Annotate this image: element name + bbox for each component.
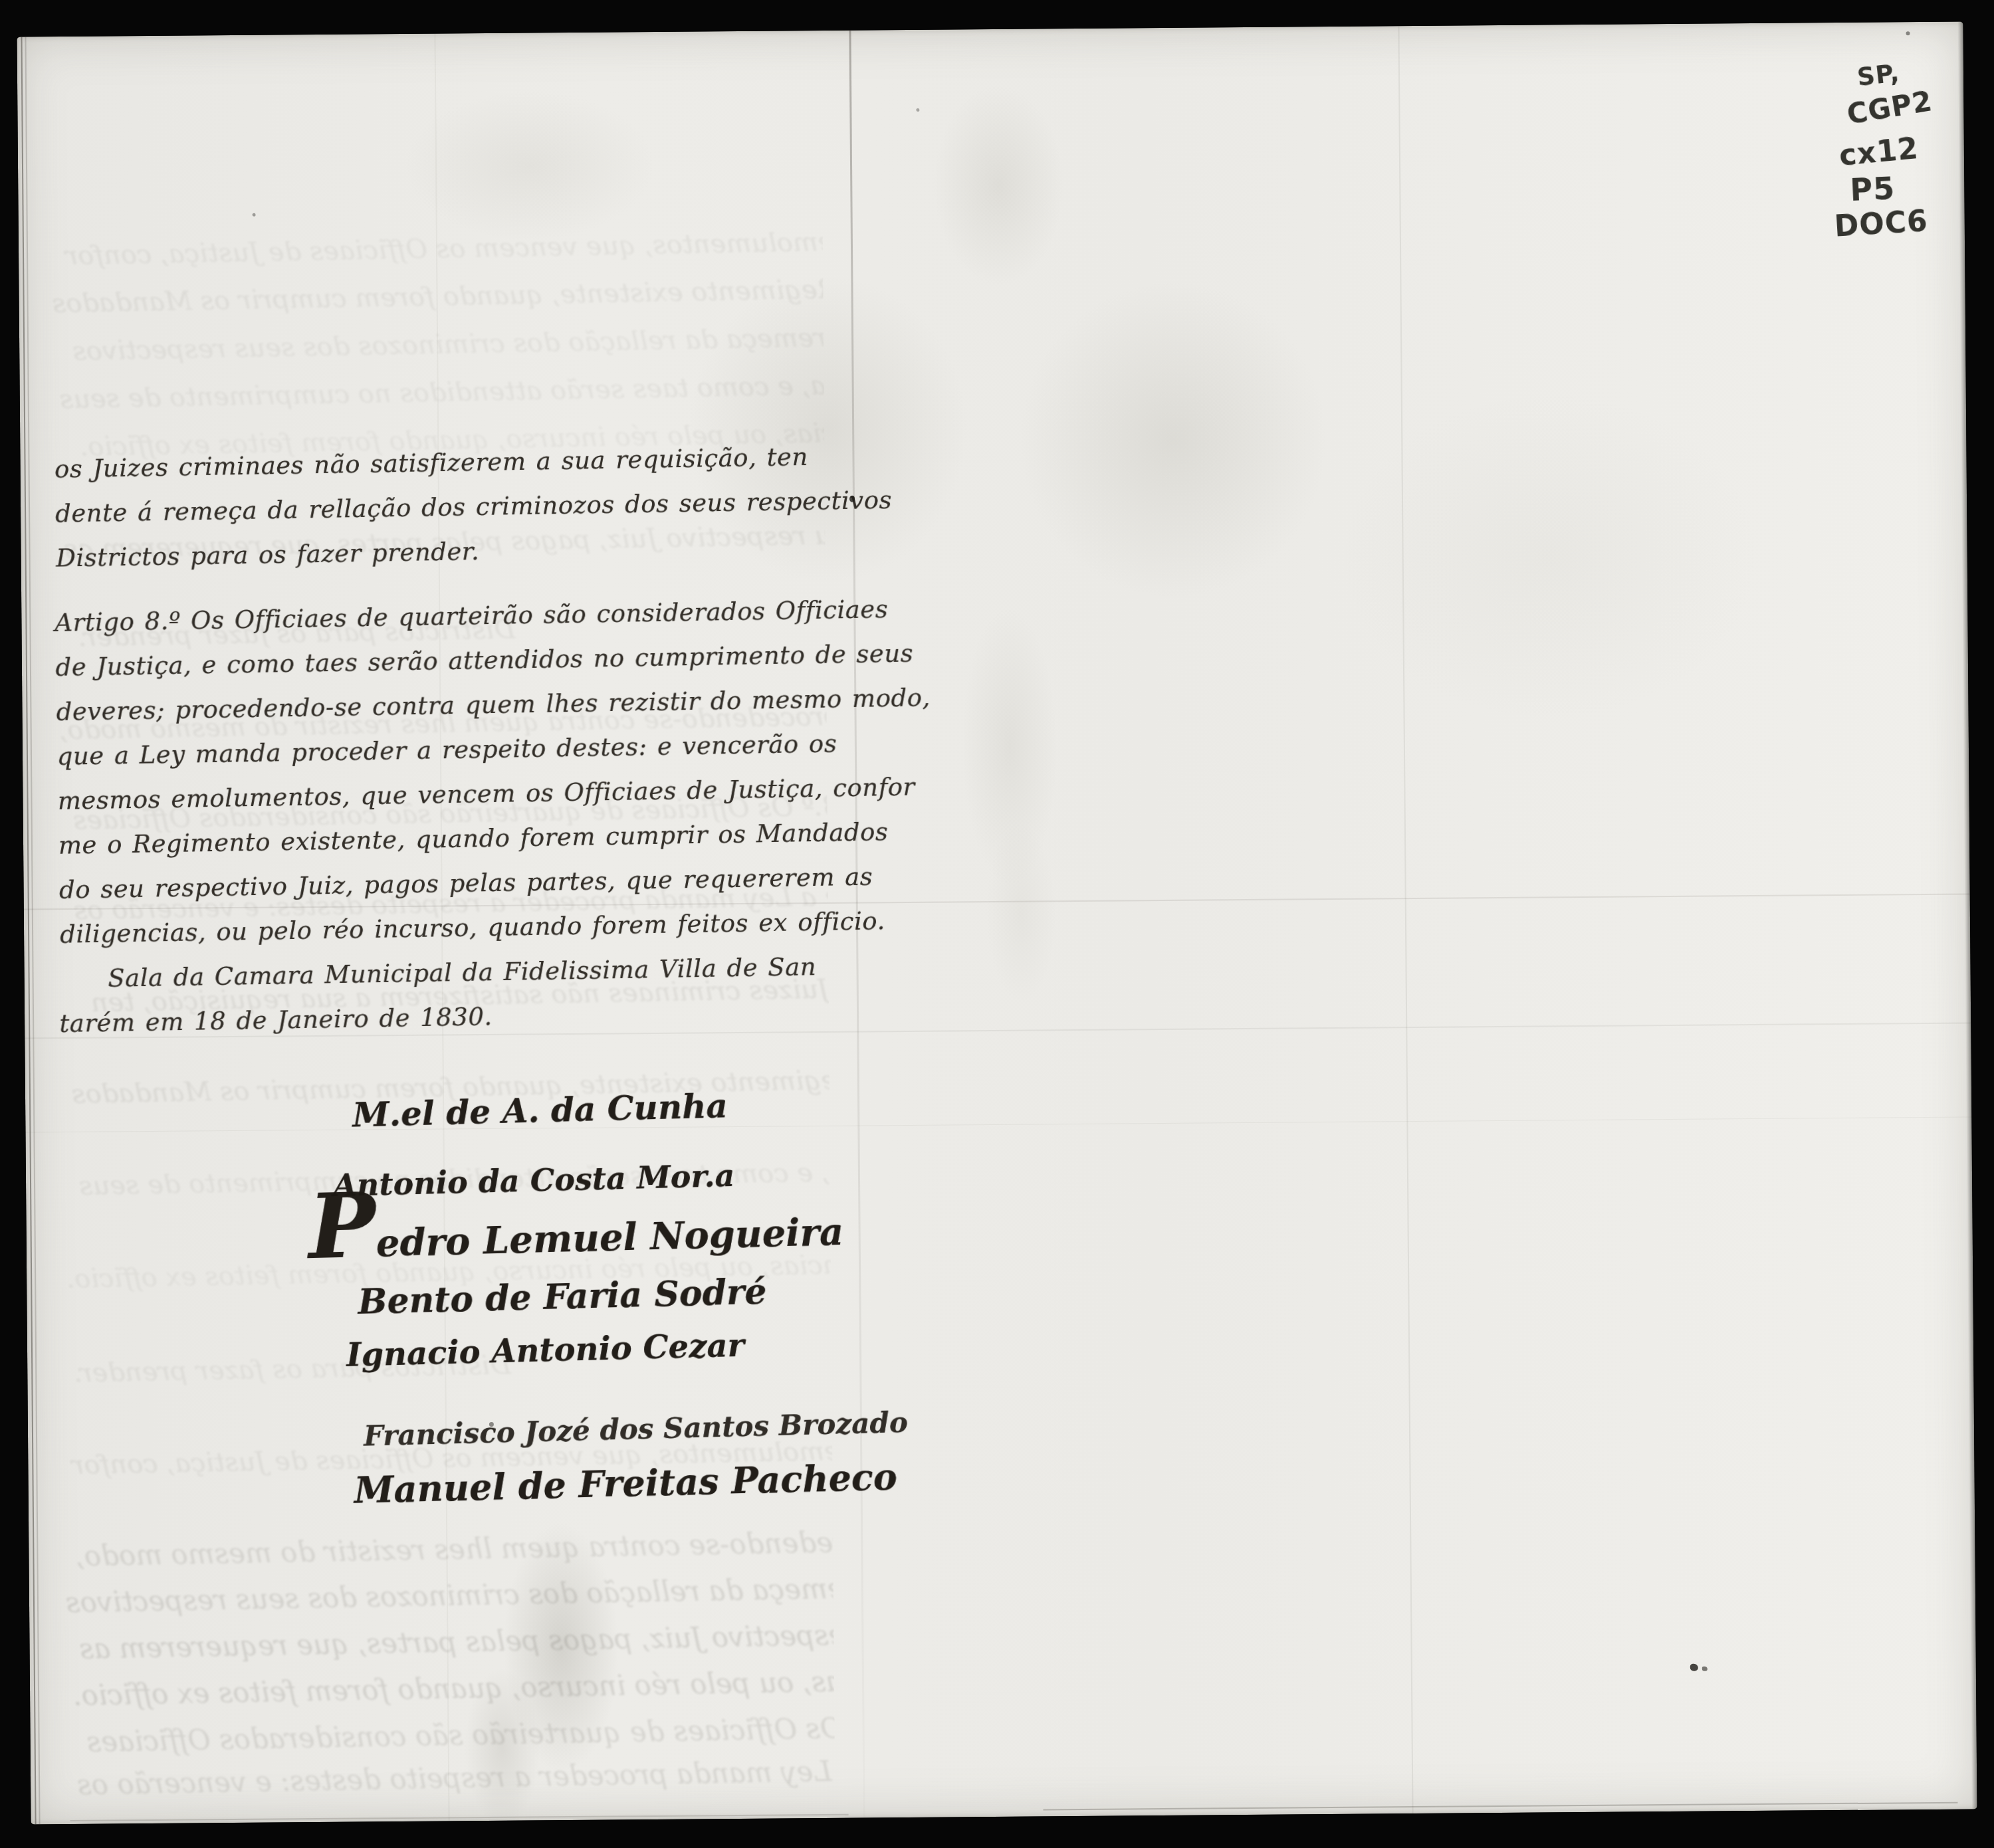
- sheet-stack-edge: [21, 37, 36, 1824]
- sheet-stack-edge: [1043, 1802, 1957, 1811]
- sheet-stack-edge: [25, 37, 40, 1824]
- archival-mark: SP,: [1856, 58, 1901, 92]
- paper-right-edge-shadow: [1957, 22, 1977, 1809]
- signature: Francisco Jozé dos Santos Brozado: [363, 1406, 908, 1453]
- sheet-stack-edge: [70, 1814, 848, 1821]
- ghost-line: diligencias, ou pelo réo incurso, quando…: [73, 1663, 835, 1712]
- right-page-fold-crease: [1398, 26, 1413, 1813]
- signature: Bento de Faria Sodré: [358, 1271, 767, 1322]
- ink-speck: [1690, 1664, 1698, 1671]
- ghost-line: mesmos emolumentos, que vencem os Offici…: [65, 225, 835, 271]
- ghost-line: dente á remeça da rellação dos criminozo…: [66, 1570, 835, 1619]
- ink-speck: [916, 108, 919, 112]
- ink-speck: [1906, 31, 1910, 35]
- body-paragraph-1: os Juizes criminaes não satisfizerem a s…: [54, 433, 893, 581]
- scanner-background: mesmos emolumentos, que vencem os Offici…: [0, 0, 1994, 1848]
- archival-mark: cx12: [1838, 132, 1920, 173]
- dateline: Sala da Camara Municipal da Fidelissima …: [58, 944, 818, 1046]
- ink-speck: [253, 213, 256, 217]
- signature: Manuel de Freitas Pacheco: [354, 1455, 898, 1512]
- ghost-line: do seu respectivo Juiz, pagos pelas part…: [79, 1617, 835, 1665]
- ghost-line: Artigo 8.º Os Officiaes de quarteirão sã…: [86, 1709, 835, 1758]
- body-paragraph-2: Artigo 8.º Os Officiaes de quarteirão sã…: [55, 586, 935, 957]
- archival-mark: DOC6: [1833, 204, 1929, 243]
- signature: Ignacio Antonio Cezar: [346, 1327, 744, 1374]
- signature: Pedro Lemuel Nogueira: [308, 1210, 844, 1267]
- ghost-line: deveres; procedendo-se contra quem lhes …: [75, 1522, 835, 1572]
- signature: M.el de A. da Cunha: [352, 1086, 728, 1134]
- archival-mark: P5: [1849, 170, 1896, 208]
- ghost-line: de Justiça, e como taes serão attendidos…: [59, 368, 835, 415]
- horizontal-fold-crease: [25, 1116, 1971, 1132]
- document-paper: mesmos emolumentos, que vencem os Offici…: [17, 22, 1977, 1825]
- ghost-line: dente á remeça da rellação dos criminozo…: [72, 320, 835, 367]
- signature: Antonio da Costa Mor.a: [332, 1158, 735, 1203]
- ghost-line: que a Ley manda proceder a respeito dest…: [77, 1753, 835, 1801]
- ghost-line: me o Regimento existente, quando forem c…: [52, 272, 835, 319]
